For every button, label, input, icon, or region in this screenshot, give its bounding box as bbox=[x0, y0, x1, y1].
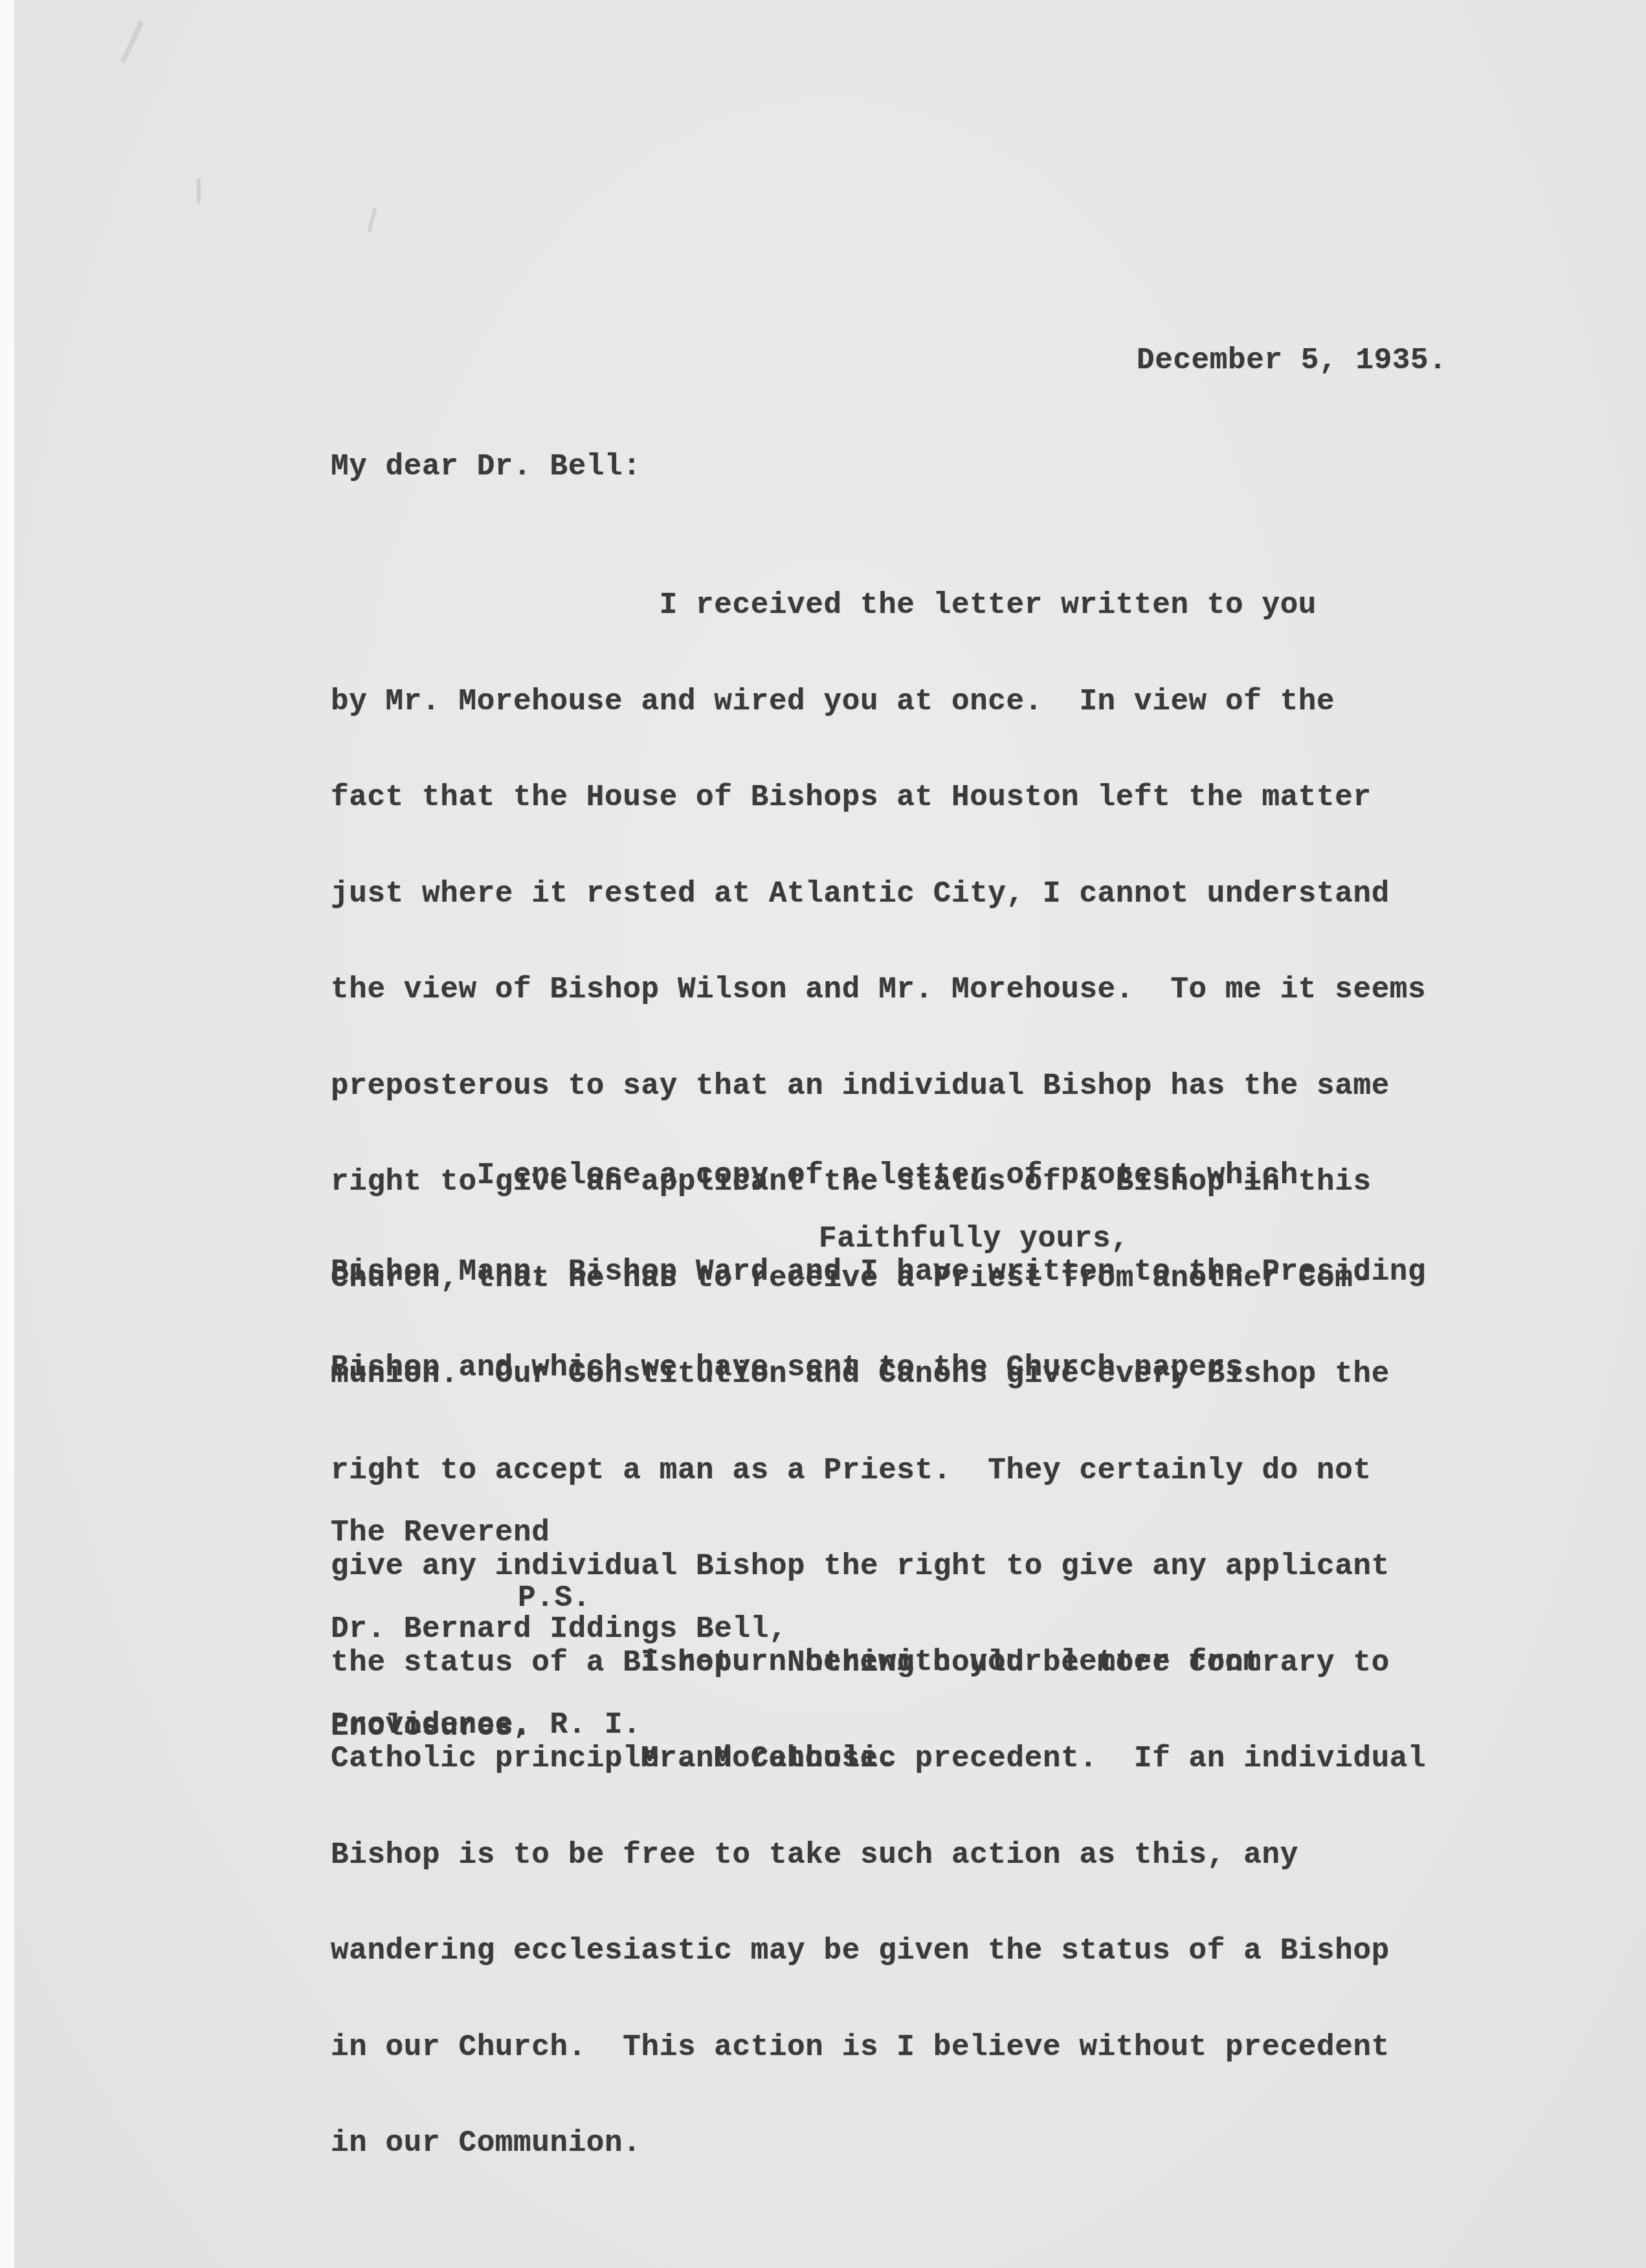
postscript-text: I return herewith your letter from Mr. M… bbox=[641, 1583, 1262, 1807]
paragraph-line: by Mr. Morehouse and wired you at once. … bbox=[331, 686, 1426, 718]
paragraph-line: I enclose a copy of a letter of protest … bbox=[331, 1160, 1426, 1192]
paragraph-line: I received the letter written to you bbox=[331, 590, 1426, 622]
addressee-line: The Reverend bbox=[331, 1517, 787, 1550]
body-paragraph-2: I enclose a copy of a letter of protest … bbox=[331, 1096, 1426, 1416]
paragraph-line: just where it rested at Atlantic City, I… bbox=[331, 878, 1426, 911]
paper-crease-mark bbox=[367, 207, 377, 233]
postscript-line: Mr. Morehouse. bbox=[641, 1743, 1262, 1775]
paragraph-line: in our Communion. bbox=[331, 2128, 1426, 2160]
paper-crease-mark bbox=[197, 178, 201, 204]
enclosures-note: Enclosures. bbox=[331, 1711, 531, 1744]
paragraph-line: Bishop Mann, Bishop Ward and I have writ… bbox=[331, 1256, 1426, 1289]
complimentary-close: Faithfully yours, bbox=[819, 1223, 1129, 1256]
scan-edge bbox=[0, 0, 14, 2268]
paragraph-line: fact that the House of Bishops at Housto… bbox=[331, 782, 1426, 814]
postscript-line: I return herewith your letter from bbox=[641, 1647, 1262, 1679]
salutation: My dear Dr. Bell: bbox=[331, 451, 641, 484]
paragraph-line: Bishop and which we have sent to the Chu… bbox=[331, 1352, 1426, 1384]
paragraph-line: wandering ecclesiastic may be given the … bbox=[331, 1935, 1426, 1968]
postscript-label: P.S. bbox=[518, 1583, 591, 1615]
letter-date: December 5, 1935. bbox=[1137, 345, 1447, 377]
paragraph-line: the view of Bishop Wilson and Mr. Moreho… bbox=[331, 974, 1426, 1006]
paper-crease-mark bbox=[120, 21, 144, 64]
paragraph-line: Bishop is to be free to take such action… bbox=[331, 1840, 1426, 1872]
paragraph-line: in our Church. This action is I believe … bbox=[331, 2032, 1426, 2064]
